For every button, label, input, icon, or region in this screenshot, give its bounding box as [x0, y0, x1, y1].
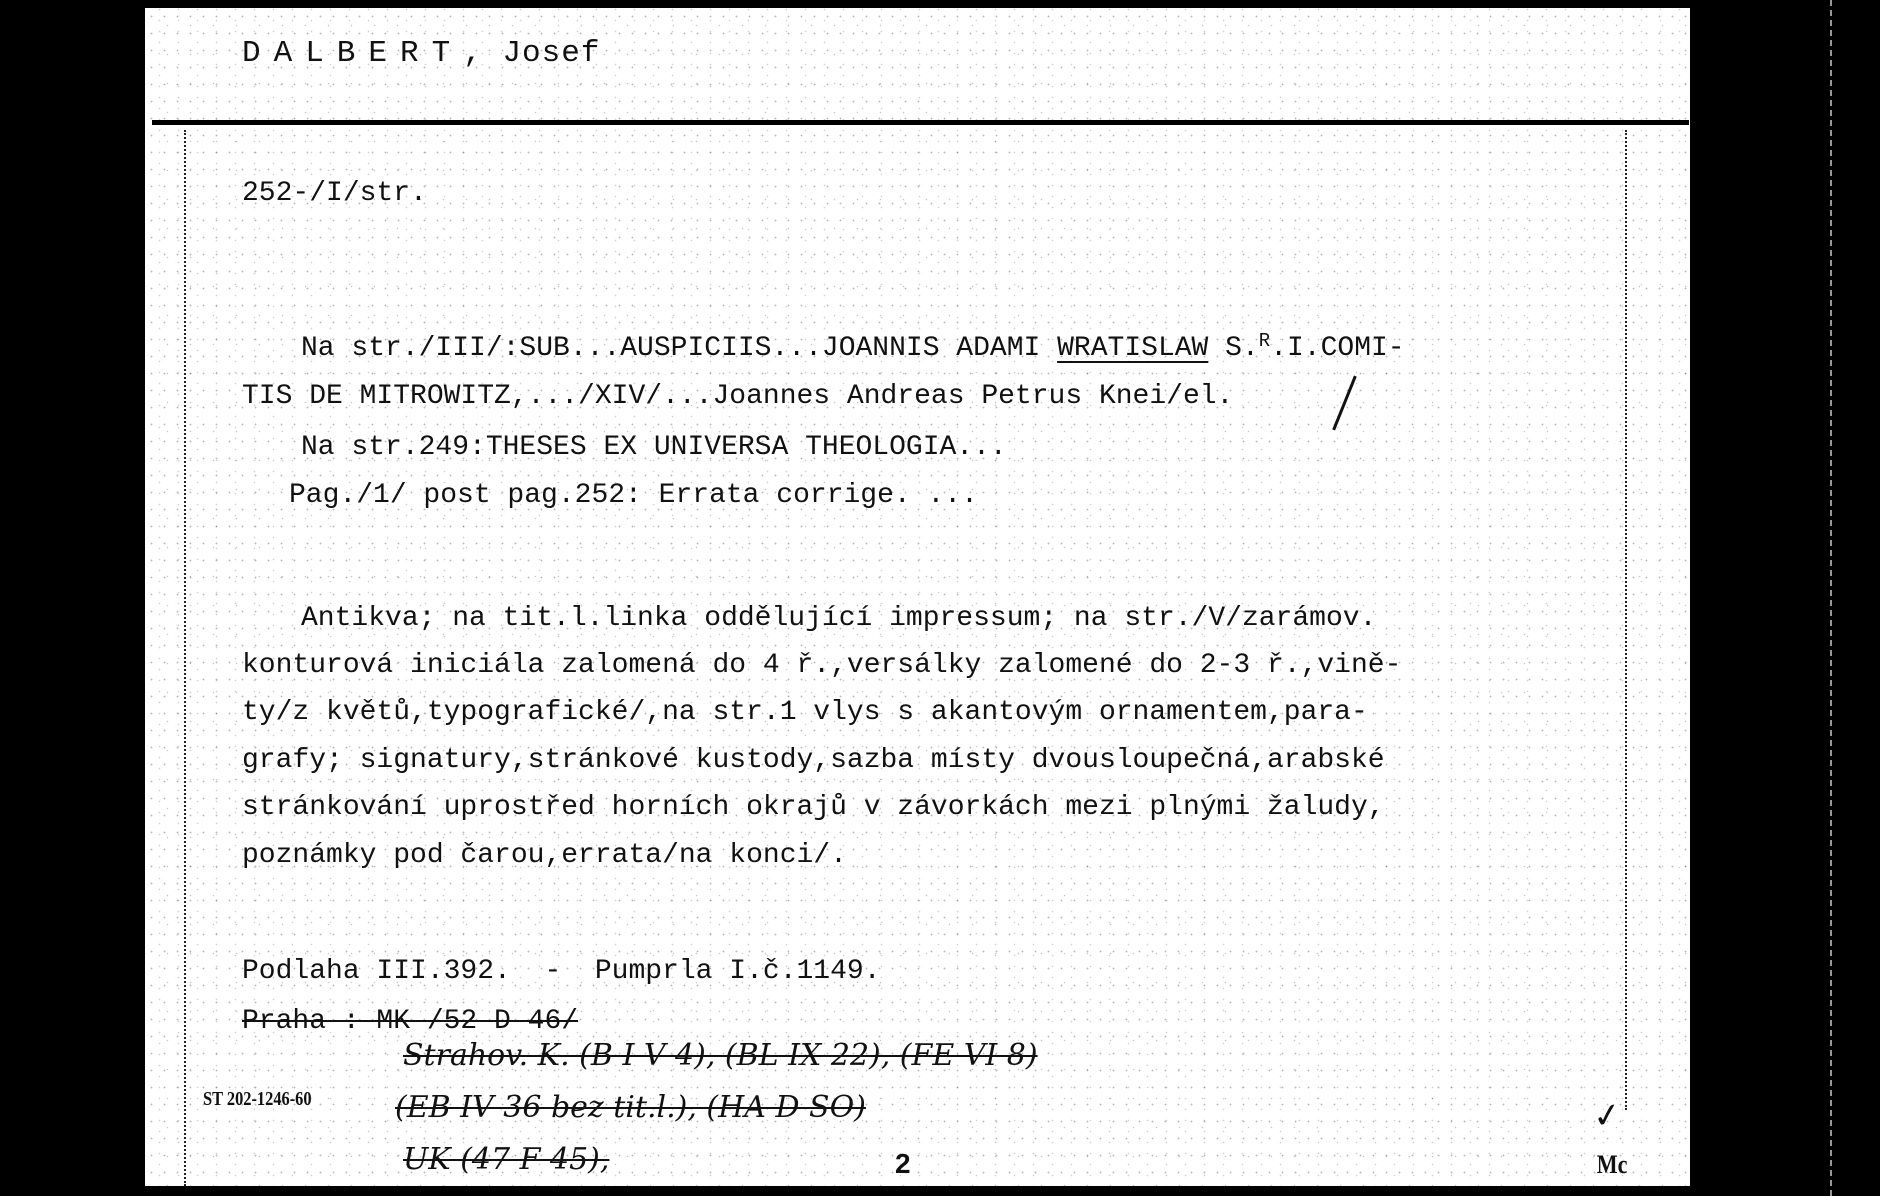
- cataloger-initials: Mc: [1597, 1150, 1628, 1180]
- reference-pumprla: Pumprla I.č.1149.: [595, 956, 881, 987]
- page-number: 2: [895, 1148, 911, 1180]
- card-heading: DALBERT, Josef: [242, 36, 600, 71]
- note-line-3: Na str.249:THESES EX UNIVERSA THEOLOGIA.…: [301, 434, 1007, 462]
- description-line-4: grafy; signatury,stránkové kustody,sazba…: [242, 747, 1385, 775]
- catalog-card: DALBERT, Josef 252-/I/str. Na str./III/:…: [145, 8, 1690, 1186]
- handwritten-location-2: (EB IV 36 bez tit.l.), (HA D SO): [395, 1090, 866, 1125]
- handwritten-location-3: UK (47 F 45),: [403, 1142, 609, 1177]
- reference-separator: -: [544, 956, 561, 987]
- heading-given-name: Josef: [502, 36, 600, 71]
- references-line: Podlaha III.392. - Pumprla I.č.1149.: [242, 958, 881, 986]
- check-mark-icon: ✓: [1590, 1094, 1624, 1138]
- underlined-name: WRATISLAW: [1057, 333, 1208, 364]
- note-line-4: Pag./1/ post pag.252: Errata corrige. ..…: [289, 482, 978, 510]
- handwritten-location-1: Strahov. K. (B I V 4), (BL IX 22), (FE V…: [403, 1038, 1038, 1073]
- scanner-edge-line: [1830, 0, 1832, 1196]
- left-margin-line: [184, 130, 186, 1186]
- description-line-5: stránkování uprostřed horních okrajů v z…: [242, 794, 1385, 822]
- description-line-3: ty/z květů,typografické/,na str.1 vlys s…: [242, 699, 1368, 727]
- reference-podlaha: Podlaha III.392.: [242, 956, 511, 987]
- collation: 252-/I/str.: [242, 180, 427, 208]
- right-margin-line: [1625, 130, 1627, 1110]
- description-line-1: Antikva; na tit.l.linka oddělující impre…: [301, 605, 1376, 633]
- description-line-2: konturová iniciála zalomená do 4 ř.,vers…: [242, 652, 1401, 680]
- note-line-1: Na str./III/:SUB...AUSPICIIS...JOANNIS A…: [301, 335, 1405, 363]
- note-line-2: TIS DE MITROWITZ,.../XIV/...Joannes Andr…: [242, 383, 1233, 411]
- location-struck: Praha : MK /52 D 46/: [242, 1008, 578, 1036]
- description-line-6: poznámky pod čarou,errata/na konci/.: [242, 842, 847, 870]
- form-stamp: ST 202-1246-60: [203, 1088, 312, 1111]
- heading-separator: ,: [463, 36, 502, 71]
- heading-surname: DALBERT: [242, 36, 463, 71]
- correction-slash-mark: [1332, 376, 1357, 431]
- heading-rule: [152, 120, 1689, 125]
